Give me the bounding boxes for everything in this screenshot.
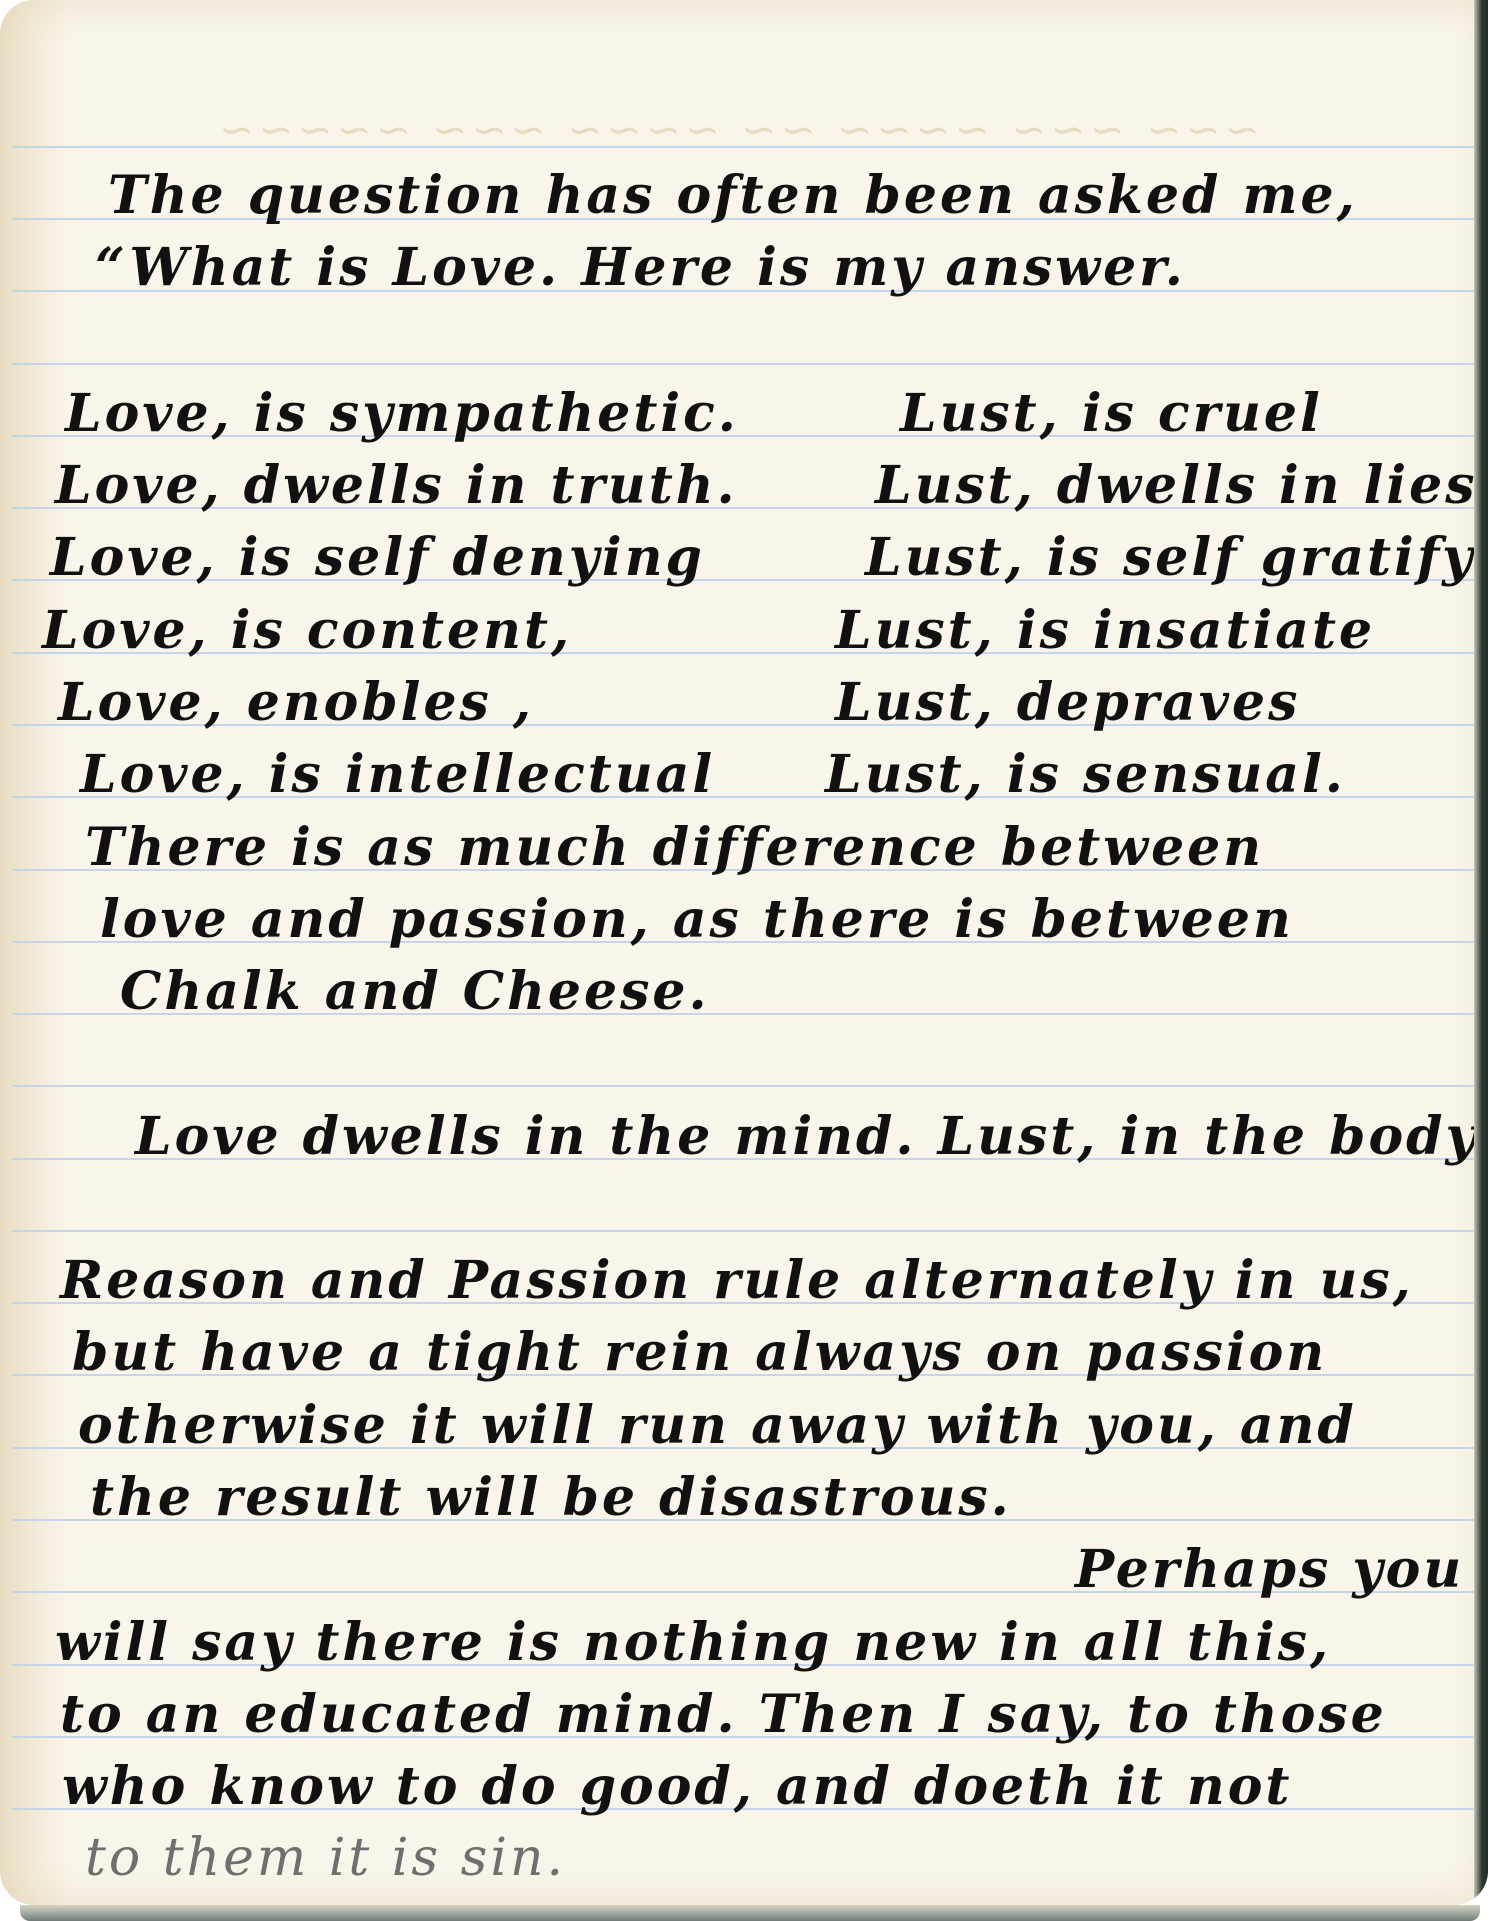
reason-line-2: but have a tight rein always on passion <box>72 1327 1327 1379</box>
ruled-line <box>12 1230 1482 1232</box>
ruled-line <box>12 363 1482 365</box>
closing-line-5: to them it is sin. <box>85 1832 566 1884</box>
notebook-bottom-edge <box>20 1905 1480 1921</box>
love-statement: Love, is content, <box>42 605 572 657</box>
reason-line-1: Reason and Passion rule alternately in u… <box>60 1255 1414 1307</box>
love-statement: Love, is self denying <box>50 532 705 584</box>
difference-line-1: There is as much difference between <box>85 822 1264 874</box>
notebook-page: ~~~ ~~~ ~~~~ ~~ ~~~~ ~~~ ~~~~~ The quest… <box>0 0 1488 1905</box>
intro-line-1: The question has often been asked me, <box>108 170 1358 222</box>
closing-line-2: will say there is nothing new in all thi… <box>55 1617 1331 1669</box>
lust-statement: Lust, is self gratifying <box>865 532 1488 584</box>
lust-statement: Lust, is insatiate <box>835 605 1375 657</box>
bleed-through-text: ~~~ ~~~ ~~~~ ~~ ~~~~ ~~~ ~~~~~ <box>215 105 1260 154</box>
love-statement: Love, dwells in truth. <box>55 460 738 512</box>
notebook-cover-edge <box>1474 0 1488 1905</box>
lust-statement: Lust, is cruel <box>900 388 1323 440</box>
lust-statement: Lust, dwells in lies <box>875 460 1478 512</box>
ruled-line <box>12 1085 1482 1087</box>
intro-line-2: “What is Love. Here is my answer. <box>95 242 1186 294</box>
closing-line-3: to an educated mind. Then I say, to thos… <box>60 1689 1387 1741</box>
difference-line-2: love and passion, as there is between <box>100 894 1294 946</box>
closing-line-1: Perhaps you <box>1075 1544 1464 1596</box>
lust-statement: Lust, depraves <box>835 677 1300 729</box>
difference-line-3: Chalk and Cheese. <box>120 966 710 1018</box>
love-statement: Love, is intellectual <box>80 749 715 801</box>
reason-line-4: the result will be disastrous. <box>90 1472 1012 1524</box>
love-statement: Love, enobles , <box>58 677 534 729</box>
love-statement: Love, is sympathetic. <box>65 388 739 440</box>
closing-line-4: who know to do good, and doeth it not <box>62 1761 1292 1813</box>
maxim-line: Love dwells in the mind. Lust, in the bo… <box>135 1111 1488 1163</box>
lust-statement: Lust, is sensual. <box>825 749 1346 801</box>
reason-line-3: otherwise it will run away with you, and <box>78 1400 1357 1452</box>
